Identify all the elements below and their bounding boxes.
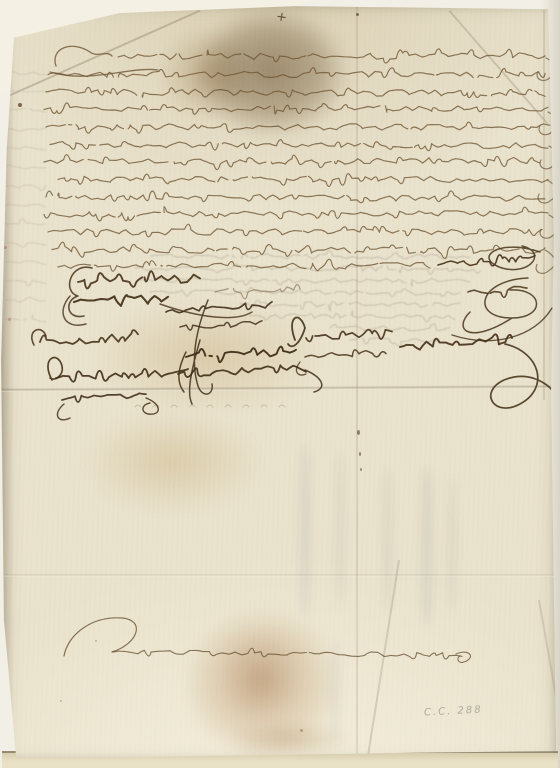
- bleedthrough-margin-row: [6, 204, 46, 207]
- signature-stroke: [438, 255, 535, 266]
- margin-flourish: [539, 112, 558, 135]
- manuscript-text-line: [48, 224, 542, 237]
- manuscript-text-line: [118, 49, 545, 63]
- signature-flourish: [491, 344, 557, 408]
- signature-stroke: [78, 271, 200, 288]
- signature-flourish: [57, 398, 158, 420]
- margin-flourish: [536, 250, 555, 273]
- signature-flourish: [32, 330, 46, 345]
- signature-flourish: [288, 318, 305, 347]
- bleedthrough-margin-row: [6, 242, 46, 247]
- bleedthrough-margin-row: [6, 165, 46, 169]
- signature-stroke: [56, 369, 188, 382]
- fold-stitch-mark: [243, 405, 249, 407]
- manuscript-text-line: [44, 155, 540, 170]
- signature-stroke: [305, 350, 386, 357]
- handwriting-layer: [0, 0, 560, 768]
- manuscript-text-line: [52, 242, 545, 258]
- bleedthrough-margin-row: [6, 91, 46, 92]
- signature-stroke: [186, 347, 296, 363]
- bleedthrough-text-row: [240, 300, 460, 311]
- bleedthrough-text-row: [135, 264, 480, 274]
- margin-flourish: [540, 215, 559, 238]
- fold-stitch-mark: [171, 405, 177, 407]
- signature-stroke: [178, 365, 306, 377]
- bleedthrough-margin-row: [6, 219, 46, 225]
- margin-flourish: [538, 180, 557, 203]
- manuscript-page: + C.C. 288: [0, 0, 560, 768]
- manuscript-text-line: [50, 140, 548, 151]
- signature-flourish: [463, 278, 536, 333]
- docket-lead-flourish: [64, 618, 136, 656]
- manuscript-text-line: [44, 103, 548, 114]
- signature-stroke: [74, 295, 168, 306]
- bleedthrough-margin-row: [6, 297, 46, 302]
- fold-stitch-mark: [189, 405, 195, 407]
- fold-stitch-mark: [207, 405, 213, 407]
- signature-flourish: [69, 267, 92, 316]
- manuscript-text-line: [58, 174, 548, 187]
- initial-flourish: [50, 46, 158, 76]
- bleedthrough-margin-row: [6, 185, 46, 191]
- bleedthrough-margin-row: [6, 314, 46, 321]
- cross-mark: +: [275, 9, 288, 26]
- signature-stroke: [180, 321, 262, 330]
- manuscript-text-line: [44, 207, 548, 221]
- bleedthrough-margin-row: [6, 147, 46, 150]
- bleedthrough-text-row: [150, 288, 460, 297]
- bleedthrough-margin-row: [6, 128, 46, 131]
- fold-stitch-mark: [225, 405, 231, 407]
- docket-end-flourish: [456, 652, 470, 662]
- bleedthrough-margin-row: [6, 109, 46, 113]
- manuscript-photo: + C.C. 288: [0, 0, 560, 768]
- bleedthrough-margin-row: [6, 280, 46, 285]
- margin-flourish: [537, 58, 556, 80]
- manuscript-text-line: [46, 122, 550, 133]
- fold-stitch-mark: [261, 405, 267, 407]
- signature-stroke: [40, 330, 138, 344]
- signature-stroke: [306, 330, 392, 342]
- margin-flourish: [540, 146, 559, 169]
- fold-stitch-mark: [279, 405, 285, 407]
- bleedthrough-margin-row: [6, 261, 46, 265]
- signature-stroke: [62, 393, 146, 402]
- bleedthrough-margin-row: [6, 72, 46, 75]
- manuscript-text-line: [46, 191, 545, 203]
- docket-text-line: [112, 648, 462, 659]
- bleedthrough-text-row: [250, 311, 455, 322]
- manuscript-text-line: [46, 87, 545, 97]
- bleedthrough-text-row: [330, 324, 450, 331]
- signature-stroke: [468, 287, 527, 298]
- fold-stitch-mark: [135, 405, 141, 407]
